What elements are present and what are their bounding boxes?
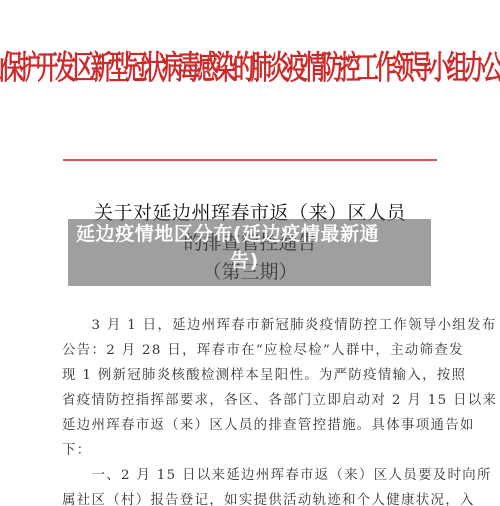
- paragraph-line: 现 1 例新冠肺炎核酸检测样本呈阳性。为严防疫情输入，按照: [62, 364, 438, 383]
- document-header: 长白山保护开发区新型冠状病毒感染的肺炎疫情防控工作领导小组办公室文件: [78, 35, 424, 97]
- paragraph-line: 一、2 月 15 日以来延边州珲春市返（来）区人员要及时向所: [62, 464, 438, 483]
- article-title-line-1: 延边疫情地区分布(延边疫情最新通: [76, 223, 379, 245]
- paragraph-line: 属社区（村）报告登记，如实提供活动轨迹和个人健康状况，入: [62, 489, 438, 506]
- paragraph-line: 延边州珲春市返（来）区人员的排查管控措施。具体事项通告如: [62, 414, 438, 433]
- paragraph-line: 公告：2 月 28 日，珲春市在“应检尽检”人群中，主动筛查发: [62, 339, 438, 358]
- paragraph-line: 省疫情防控指挥部要求，各区、各部门立即启动对 2 月 15 日以来: [62, 389, 438, 408]
- paragraph-line: 3 月 1 日，延边州珲春市新冠肺炎疫情防控工作领导小组发布: [62, 314, 438, 333]
- paragraph-line: 下：: [62, 439, 438, 458]
- article-title-line-2: 告): [76, 248, 426, 275]
- article-title[interactable]: 延边疫情地区分布(延边疫情最新通 告): [76, 221, 426, 275]
- header-divider: [63, 159, 437, 161]
